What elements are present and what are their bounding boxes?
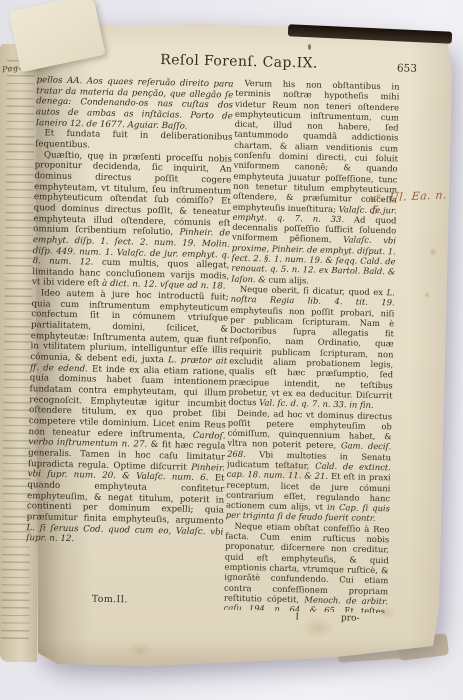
left-column: pellos AA. Aos quaes reſeruão direito pa… bbox=[26, 75, 234, 548]
text-run-roman: cum alijs. bbox=[266, 274, 309, 285]
text-run-roman: Ideo autem à jure hoc introductũ fuit; q… bbox=[30, 288, 229, 365]
ink-speck bbox=[308, 44, 311, 50]
text-run-roman: emphyteuſis non poſſit probari, niſi per… bbox=[228, 304, 394, 407]
paragraph: Deinde, ad hoc vt dominus directus poſſi… bbox=[226, 407, 393, 524]
paragraph: Quæſtio, quę in præſenti proceſſu nobis … bbox=[32, 150, 232, 293]
text-run-italic: pellos AA. Aos quaes reſeruão direito pa… bbox=[36, 75, 234, 131]
catchword: pro- bbox=[341, 613, 360, 623]
text-run-roman: Et fundata fuit in deliberationibus ſequ… bbox=[35, 129, 232, 151]
page-number: 653 bbox=[367, 62, 417, 75]
text-run-italic: L. ſi ſeruus Cod. quod cum eo, Valaſc. v… bbox=[26, 523, 223, 545]
paragraph: Neque etiam obſtat confeſſio à Reo facta… bbox=[224, 520, 390, 613]
paragraph: pellos AA. Aos quaes reſeruão direito pa… bbox=[35, 75, 233, 133]
right-column: Verum his non obſtantibus in terminis no… bbox=[224, 78, 400, 614]
text-run-roman: Et inde ex alia etiam ratione, quia domi… bbox=[28, 364, 227, 440]
book-photo: { "header": { "running_title": "Reſol Fo… bbox=[0, 0, 463, 700]
signature-mark: I bbox=[295, 612, 299, 622]
text-run-roman: Neque etiam obſtat confeſſio à Reo facta… bbox=[224, 521, 390, 605]
paragraph: Ideo autem à jure hoc introductũ fuit; q… bbox=[26, 288, 229, 548]
handwritten-margin-note: vᵉ. Ul. Ea. n. 5. bbox=[368, 189, 462, 216]
text-run-roman: Quæſtio, quę in præſenti proceſſu nobis … bbox=[33, 150, 232, 238]
page-content: Reſol Forenſ. Cap.IX. 653 pellos AA. Aos… bbox=[13, 18, 452, 677]
paragraph: Neque oberit, ſi dicatur, quod ex L. noſ… bbox=[228, 284, 395, 411]
paragraph: Verum his non obſtantibus in terminis no… bbox=[231, 78, 400, 288]
volume-mark: Tom.II. bbox=[60, 593, 160, 606]
